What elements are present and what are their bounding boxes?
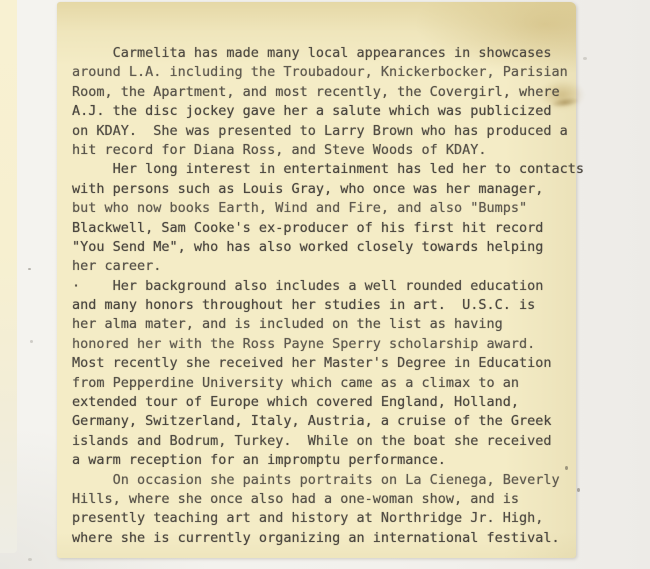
scan-background: Carmelita has made many local appearance…	[0, 0, 650, 569]
text-line: Blackwell, Sam Cooke's ex-producer of hi…	[72, 219, 576, 238]
scan-speck	[577, 488, 580, 492]
text-line: her alma mater, and is included on the l…	[72, 315, 576, 334]
text-line: Room, the Apartment, and most recently, …	[72, 83, 576, 102]
text-line: honored her with the Ross Payne Sperry s…	[72, 335, 576, 354]
text-line: presently teaching art and history at No…	[72, 509, 576, 528]
text-line: Germany, Switzerland, Italy, Austria, a …	[72, 412, 576, 431]
text-line: "You Send Me", who has also worked close…	[72, 238, 576, 257]
adjacent-page-edge	[0, 0, 17, 553]
text-line: Most recently she received her Master's …	[72, 354, 576, 373]
scan-speck	[28, 558, 32, 561]
text-line: extended tour of Europe which covered En…	[72, 393, 576, 412]
text-line: islands and Bodrum, Turkey. While on the…	[72, 432, 576, 451]
text-line: A.J. the disc jockey gave her a salute w…	[72, 102, 576, 121]
text-line: around L.A. including the Troubadour, Kn…	[72, 63, 576, 82]
text-line: Her long interest in entertainment has l…	[72, 160, 576, 179]
text-line: · Her background also includes a well ro…	[72, 277, 576, 296]
text-line: and many honors throughout her studies i…	[72, 296, 576, 315]
text-line: where she is currently organizing an int…	[72, 529, 576, 548]
text-line: On occasion she paints portraits on La C…	[72, 471, 576, 490]
text-line: from Pepperdine University which came as…	[72, 374, 576, 393]
text-line: but who now books Earth, Wind and Fire, …	[72, 199, 576, 218]
text-line: on KDAY. She was presented to Larry Brow…	[72, 122, 576, 141]
text-line: hit record for Diana Ross, and Steve Woo…	[72, 141, 576, 160]
typewritten-page: Carmelita has made many local appearance…	[57, 2, 576, 558]
text-line: a warm reception for an impromptu perfor…	[72, 451, 576, 470]
text-line: Hills, where she once also had a one-wom…	[72, 490, 576, 509]
text-line: with persons such as Louis Gray, who onc…	[72, 180, 576, 199]
text-line: her career.	[72, 257, 576, 276]
document-text: Carmelita has made many local appearance…	[72, 44, 576, 548]
scan-speck	[583, 57, 587, 60]
scan-speck	[30, 340, 33, 343]
scan-speck	[28, 268, 31, 270]
text-line: Carmelita has made many local appearance…	[72, 44, 576, 63]
